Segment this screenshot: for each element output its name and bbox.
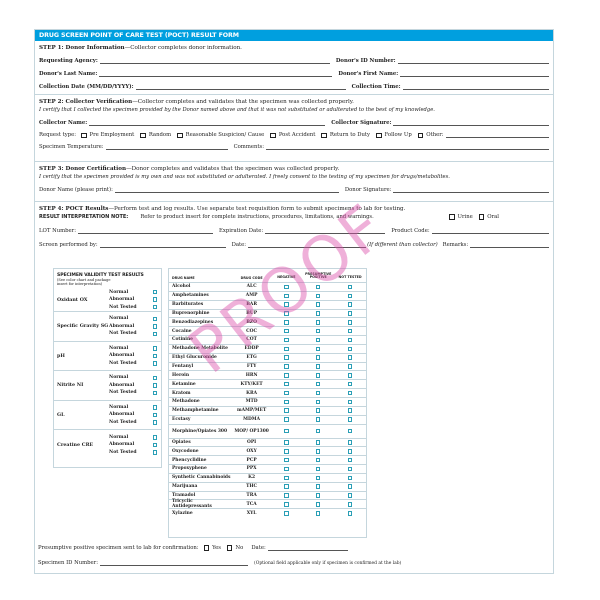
checkbox-presumptive-positive[interactable] [316, 311, 321, 316]
drug-code: TCA [233, 502, 271, 507]
result-note-text: Refer to product insert for complete ins… [140, 214, 373, 220]
confirmation-row: Presumptive positive specimen sent to la… [38, 545, 548, 551]
confirmation-date-label: Date: [251, 545, 265, 551]
drug-row: Methadone MetaboliteEDDP [169, 345, 366, 354]
checkbox-not-tested[interactable] [348, 440, 353, 445]
validity-option-label: Abnormal [109, 412, 134, 417]
validity-checkbox[interactable] [153, 443, 158, 448]
result-cell [302, 347, 334, 352]
checkbox-negative[interactable] [284, 417, 289, 422]
checkbox-negative[interactable] [284, 329, 289, 334]
drug-name: Propoxyphene [169, 466, 233, 471]
option-oral: Oral [487, 214, 499, 220]
checkbox-presumptive-positive[interactable] [316, 476, 321, 481]
checkbox-presumptive-positive[interactable] [316, 449, 321, 454]
checkbox-negative[interactable] [284, 484, 289, 489]
validity-option: Not Tested [109, 419, 161, 427]
checkbox-presumptive-positive[interactable] [316, 484, 321, 489]
drug-name: Ethyl Glucuronide [169, 355, 233, 360]
checkbox-negative[interactable] [284, 400, 289, 405]
validity-option-label: Abnormal [109, 324, 134, 329]
comments-field[interactable] [266, 144, 549, 150]
drug-row: FentanylFTY [169, 363, 366, 372]
checkbox-presumptive-positive[interactable] [316, 364, 321, 369]
checkbox-presumptive-positive[interactable] [316, 391, 321, 396]
validity-options: NormalAbnormalNot Tested [109, 374, 161, 397]
result-cell [271, 458, 303, 463]
checkbox-negative[interactable] [284, 429, 289, 434]
header-negative: NEGATIVE [271, 276, 303, 280]
collector-name-field[interactable] [89, 120, 325, 126]
result-cell [271, 440, 303, 445]
validity-option-label: Normal [109, 290, 128, 295]
drug-row: Synthetic CannabinoidsK2 [169, 474, 366, 483]
result-cell [271, 449, 303, 454]
result-cell [271, 355, 303, 360]
checkbox-negative[interactable] [284, 458, 289, 463]
drug-code: FTY [233, 364, 271, 369]
checkbox-negative[interactable] [284, 302, 289, 307]
checkbox-presumptive-positive[interactable] [316, 347, 321, 352]
result-cell [302, 355, 334, 360]
result-cell [302, 391, 334, 396]
checkbox-not-tested[interactable] [348, 285, 353, 290]
validity-checkbox[interactable] [153, 435, 158, 440]
checkbox-negative[interactable] [284, 502, 289, 507]
donor-first-name-field[interactable] [400, 71, 549, 77]
validity-option-label: Normal [109, 405, 128, 410]
validity-option-label: Not Tested [109, 420, 137, 425]
validity-option: Abnormal [109, 352, 161, 360]
validity-checkbox[interactable] [153, 354, 158, 359]
requesting-agency-field[interactable] [100, 58, 330, 64]
drug-code: KTY/KET [233, 382, 271, 387]
drug-row: KratomKRA [169, 389, 366, 398]
step2-row3: Specimen Temperature: Comments: [39, 144, 549, 150]
validity-checkbox[interactable] [153, 317, 158, 322]
collection-date-label: Collection Date (MM/DD/YYYY): [39, 84, 134, 90]
checkbox-negative[interactable] [284, 391, 289, 396]
checkbox-negative[interactable] [284, 338, 289, 343]
result-cell [302, 493, 334, 498]
checkbox-no[interactable] [227, 545, 233, 551]
validity-checkbox[interactable] [153, 413, 158, 418]
result-cell [302, 429, 334, 434]
result-cell [271, 294, 303, 299]
validity-checkbox[interactable] [153, 361, 158, 366]
checkbox-negative[interactable] [284, 347, 289, 352]
result-cell [334, 302, 366, 307]
lot-number-field[interactable] [78, 228, 213, 234]
result-cell [334, 449, 366, 454]
checkbox-negative[interactable] [284, 511, 289, 516]
drug-code: MTD [233, 399, 271, 404]
drug-code: COT [233, 337, 271, 342]
validity-group: pHNormalAbnormalNot Tested [54, 342, 161, 372]
result-cell [334, 484, 366, 489]
checkbox-presumptive-positive[interactable] [316, 302, 321, 307]
result-cell [302, 285, 334, 290]
specimen-id-row: Specimen ID Number: (Optional field appl… [38, 560, 548, 566]
collection-date-field[interactable] [136, 84, 346, 90]
header-not-tested: NOT TESTED [334, 276, 366, 280]
checkbox-presumptive-positive[interactable] [316, 338, 321, 343]
result-cell [271, 467, 303, 472]
drug-name: Cotinine [169, 337, 233, 342]
other-field[interactable] [446, 132, 549, 138]
drug-row: KetamineKTY/KET [169, 380, 366, 389]
drug-row: OpiatesOPI [169, 439, 366, 448]
drug-name: Morphine/Opiates 300 [169, 429, 233, 434]
checkbox-not-tested[interactable] [348, 417, 353, 422]
checkbox-presumptive-positive[interactable] [316, 285, 321, 290]
remarks-label: Remarks: [443, 242, 469, 248]
checkbox-not-tested[interactable] [348, 467, 353, 472]
drug-code: ETG [233, 355, 271, 360]
result-cell [302, 502, 334, 507]
checkbox-presumptive-positive[interactable] [316, 373, 321, 378]
checkbox-not-tested[interactable] [348, 502, 353, 507]
result-cell [302, 440, 334, 445]
validity-option: Normal [109, 404, 161, 412]
checkbox-negative[interactable] [284, 285, 289, 290]
checkbox-reasonable-suspicion[interactable] [177, 133, 183, 139]
drug-row: XylazineXYL [169, 509, 366, 518]
checkbox-not-tested[interactable] [348, 458, 353, 463]
screen-performed-by-label: Screen performed by: [39, 242, 98, 248]
result-cell [302, 294, 334, 299]
header-drug-name: DRUG NAME [169, 276, 233, 280]
result-cell [302, 400, 334, 405]
donor-name-field[interactable] [115, 187, 339, 193]
drug-code: MOP/ OP1300 [233, 429, 271, 434]
drug-row: AmphetaminesAMP [169, 292, 366, 301]
screen-date-field[interactable] [248, 242, 366, 248]
checkbox-not-tested[interactable] [348, 382, 353, 387]
drug-row: MethadoneMTD [169, 398, 366, 407]
drug-row: Ethyl GlucuronideETG [169, 354, 366, 363]
checkbox-not-tested[interactable] [348, 391, 353, 396]
checkbox-not-tested[interactable] [348, 320, 353, 325]
checkbox-presumptive-positive[interactable] [316, 493, 321, 498]
checkbox-not-tested[interactable] [348, 400, 353, 405]
step1-section: STEP 1: Donor Information—Collector comp… [35, 41, 553, 95]
drug-code: AMP [233, 293, 271, 298]
step3-heading: STEP 3: Donor Certification [39, 166, 126, 172]
drug-name: Tramadol [169, 493, 233, 498]
drug-name: Methamphetamine [169, 408, 233, 413]
collection-time-field[interactable] [403, 84, 549, 90]
drug-code: KRA [233, 391, 271, 396]
result-cell [271, 484, 303, 489]
validity-option: Normal [109, 315, 161, 323]
checkbox-negative[interactable] [284, 294, 289, 299]
result-cell [302, 484, 334, 489]
checkbox-presumptive-positive[interactable] [316, 440, 321, 445]
drug-name: Methadone Metabolite [169, 346, 233, 351]
result-cell [271, 364, 303, 369]
result-cell [334, 347, 366, 352]
checkbox-pre-employment[interactable] [81, 133, 87, 139]
checkbox-urine[interactable] [449, 214, 455, 220]
screen-performed-by-field[interactable] [100, 242, 226, 248]
drug-name: Opiates [169, 440, 233, 445]
validity-option-label: Not Tested [109, 450, 137, 455]
result-cell [334, 382, 366, 387]
result-cell [302, 449, 334, 454]
validity-option: Normal [109, 434, 161, 442]
step2-certification: I certify that I collected the specimen … [39, 107, 549, 113]
remarks-field[interactable] [470, 242, 549, 248]
result-cell [302, 311, 334, 316]
validity-option-label: Not Tested [109, 305, 137, 310]
donor-last-name-field[interactable] [99, 71, 332, 77]
option-follow-up: Follow Up [385, 132, 412, 138]
expiration-date-field[interactable] [265, 228, 385, 234]
validity-option-label: Abnormal [109, 442, 134, 447]
checkbox-presumptive-positive[interactable] [316, 329, 321, 334]
checkbox-negative[interactable] [284, 382, 289, 387]
confirmation-date-field[interactable] [268, 545, 348, 551]
step1-heading: STEP 1: Donor Information [39, 45, 125, 51]
checkbox-negative[interactable] [284, 476, 289, 481]
checkbox-not-tested[interactable] [348, 511, 353, 516]
checkbox-not-tested[interactable] [348, 355, 353, 360]
validity-options: NormalAbnormalNot Tested [109, 404, 161, 427]
checkbox-negative[interactable] [284, 408, 289, 413]
drug-name: Buprenorphine [169, 311, 233, 316]
result-cell [334, 458, 366, 463]
checkbox-presumptive-positive[interactable] [316, 458, 321, 463]
step4-header: STEP 4: POCT Results—Perform test and lo… [39, 202, 549, 212]
checkbox-presumptive-positive[interactable] [316, 511, 321, 516]
validity-options: NormalAbnormalNot Tested [109, 288, 161, 311]
specimen-id-field[interactable] [100, 560, 248, 566]
donor-first-name-label: Donor's First Name: [338, 71, 398, 77]
checkbox-presumptive-positive[interactable] [316, 417, 321, 422]
checkbox-not-tested[interactable] [348, 302, 353, 307]
result-cell [302, 329, 334, 334]
step2-heading: STEP 2: Collector Verification [39, 99, 132, 105]
request-type-label: Request type: [39, 132, 76, 138]
drug-code: XYL [233, 511, 271, 516]
checkbox-negative[interactable] [284, 467, 289, 472]
result-cell [271, 338, 303, 343]
validity-checkbox[interactable] [153, 290, 158, 295]
validity-option: Not Tested [109, 449, 161, 457]
result-cell [271, 373, 303, 378]
validity-checkbox[interactable] [153, 297, 158, 302]
checkbox-presumptive-positive[interactable] [316, 382, 321, 387]
checkbox-not-tested[interactable] [348, 338, 353, 343]
result-cell [334, 338, 366, 343]
validity-options: NormalAbnormalNot Tested [109, 434, 161, 457]
drug-row: CocaineCOC [169, 327, 366, 336]
checkbox-yes[interactable] [204, 545, 210, 551]
result-cell [334, 511, 366, 516]
checkbox-presumptive-positive[interactable] [316, 467, 321, 472]
drug-row: MarijuanaTHC [169, 483, 366, 492]
drug-name: Synthetic Cannabinoids [169, 475, 233, 480]
header-drug-code: DRUG CODE [233, 276, 271, 280]
checkbox-random[interactable] [140, 133, 146, 139]
result-cell [271, 320, 303, 325]
validity-checkbox[interactable] [153, 305, 158, 310]
validity-checkbox[interactable] [153, 420, 158, 425]
checkbox-not-tested[interactable] [348, 364, 353, 369]
checkbox-not-tested[interactable] [348, 408, 353, 413]
validity-test-name: Oxidant OX [57, 297, 109, 303]
checkbox-not-tested[interactable] [348, 429, 353, 434]
drug-row: Morphine/Opiates 300MOP/ OP1300 [169, 425, 366, 439]
checkbox-negative[interactable] [284, 320, 289, 325]
collector-signature-field[interactable] [393, 120, 549, 126]
checkbox-post-accident[interactable] [270, 133, 276, 139]
option-reasonable-suspicion: Reasonable Suspicion/ Cause [186, 132, 265, 138]
drug-table-header: DRUG NAME DRUG CODE NEGATIVE PRESUMPTIVE… [169, 269, 366, 283]
validity-option: Not Tested [109, 330, 161, 338]
validity-option-label: Normal [109, 316, 128, 321]
drug-row: CotinineCOT [169, 336, 366, 345]
checkbox-other[interactable] [418, 133, 424, 139]
checkbox-negative[interactable] [284, 449, 289, 454]
validity-checkbox[interactable] [153, 383, 158, 388]
drug-name: Benzodiazepines [169, 320, 233, 325]
validity-group: Oxidant OXNormalAbnormalNot Tested [54, 288, 161, 312]
checkbox-not-tested[interactable] [348, 329, 353, 334]
checkbox-not-tested[interactable] [348, 449, 353, 454]
specimen-temperature-field[interactable] [106, 144, 228, 150]
drug-name: Amphetamines [169, 293, 233, 298]
checkbox-presumptive-positive[interactable] [316, 429, 321, 434]
checkbox-presumptive-positive[interactable] [316, 400, 321, 405]
result-cell [271, 329, 303, 334]
validity-checkbox[interactable] [153, 391, 158, 396]
specimen-id-note: (Optional field applicable only if speci… [254, 561, 401, 566]
if-different-note: (If different than collector) [367, 242, 438, 248]
donor-id-field[interactable] [398, 58, 549, 64]
drug-code: PPX [233, 466, 271, 471]
validity-option: Normal [109, 288, 161, 296]
result-cell [271, 408, 303, 413]
option-no: No [235, 545, 243, 551]
checkbox-negative[interactable] [284, 493, 289, 498]
checkbox-follow-up[interactable] [376, 133, 382, 139]
checkbox-not-tested[interactable] [348, 476, 353, 481]
collection-time-label: Collection Time: [352, 84, 401, 90]
validity-option: Abnormal [109, 296, 161, 304]
result-cell [334, 311, 366, 316]
validity-subtitle: (See color chart and package insert for … [57, 278, 122, 286]
step2-header: STEP 2: Collector Verification—Collector… [39, 95, 549, 105]
drug-row: Tricyclic AntidepressantsTCA [169, 500, 366, 509]
checkbox-presumptive-positive[interactable] [316, 294, 321, 299]
drug-code: BAR [233, 302, 271, 307]
validity-option: Not Tested [109, 303, 161, 311]
checkbox-presumptive-positive[interactable] [316, 355, 321, 360]
validity-option-label: Not Tested [109, 390, 137, 395]
step1-row3: Collection Date (MM/DD/YYYY): Collection… [39, 84, 549, 90]
drug-name: Oxycodone [169, 449, 233, 454]
result-cell [334, 493, 366, 498]
result-cell [334, 408, 366, 413]
validity-checkbox[interactable] [153, 376, 158, 381]
step2-desc: —Collector completes and validates that … [132, 99, 354, 105]
drug-code: TRA [233, 493, 271, 498]
option-other: Other: [426, 132, 443, 138]
validity-option: Abnormal [109, 441, 161, 449]
checkbox-negative[interactable] [284, 364, 289, 369]
checkbox-not-tested[interactable] [348, 311, 353, 316]
checkbox-not-tested[interactable] [348, 294, 353, 299]
validity-checkbox[interactable] [153, 324, 158, 329]
expiration-date-label: Expiration Date: [219, 228, 263, 234]
checkbox-oral[interactable] [479, 214, 485, 220]
drug-row: HeroinHRN [169, 371, 366, 380]
validity-option-label: Normal [109, 375, 128, 380]
checkbox-negative[interactable] [284, 373, 289, 378]
result-cell [271, 493, 303, 498]
drug-name: Ecstasy [169, 417, 233, 422]
validity-checkbox[interactable] [153, 332, 158, 337]
drug-name: Fentanyl [169, 364, 233, 369]
validity-header: SPECIMEN VALIDITY TEST RESULTS (See colo… [54, 269, 161, 288]
drug-results-table: DRUG NAME DRUG CODE NEGATIVE PRESUMPTIVE… [168, 268, 367, 538]
lot-number-label: LOT Number: [39, 228, 76, 234]
result-cell [302, 511, 334, 516]
donor-name-label: Donor Name (please print): [39, 187, 113, 193]
drug-name: Alcohol [169, 284, 233, 289]
checkbox-negative[interactable] [284, 311, 289, 316]
step3-certification: I certify that the specimen provided is … [39, 174, 549, 180]
result-cell [302, 382, 334, 387]
result-cell [334, 355, 366, 360]
option-post-accident: Post Accident [279, 132, 316, 138]
step1-desc: —Collector completes donor information. [125, 45, 242, 51]
result-cell [271, 429, 303, 434]
result-cell [271, 400, 303, 405]
step3-row1: Donor Name (please print): Donor Signatu… [39, 187, 549, 193]
drug-name: Cocaine [169, 329, 233, 334]
validity-option-label: Normal [109, 435, 128, 440]
validity-checkbox[interactable] [153, 405, 158, 410]
checkbox-return-to-duty[interactable] [321, 133, 327, 139]
result-cell [302, 458, 334, 463]
validity-checkbox[interactable] [153, 450, 158, 455]
result-cell [302, 467, 334, 472]
checkbox-not-tested[interactable] [348, 347, 353, 352]
drug-name: Heroin [169, 373, 233, 378]
checkbox-not-tested[interactable] [348, 484, 353, 489]
drug-code: COC [233, 329, 271, 334]
result-cell [302, 338, 334, 343]
comments-label: Comments: [234, 144, 264, 150]
checkbox-presumptive-positive[interactable] [316, 502, 321, 507]
checkbox-negative[interactable] [284, 440, 289, 445]
result-cell [271, 302, 303, 307]
validity-checkbox[interactable] [153, 346, 158, 351]
result-cell [334, 476, 366, 481]
drug-code: BUP [233, 311, 271, 316]
checkbox-presumptive-positive[interactable] [316, 320, 321, 325]
drug-code: ALC [233, 284, 271, 289]
donor-signature-field[interactable] [393, 187, 549, 193]
checkbox-not-tested[interactable] [348, 493, 353, 498]
checkbox-not-tested[interactable] [348, 373, 353, 378]
checkbox-negative[interactable] [284, 355, 289, 360]
checkbox-presumptive-positive[interactable] [316, 408, 321, 413]
product-code-field[interactable] [432, 228, 549, 234]
